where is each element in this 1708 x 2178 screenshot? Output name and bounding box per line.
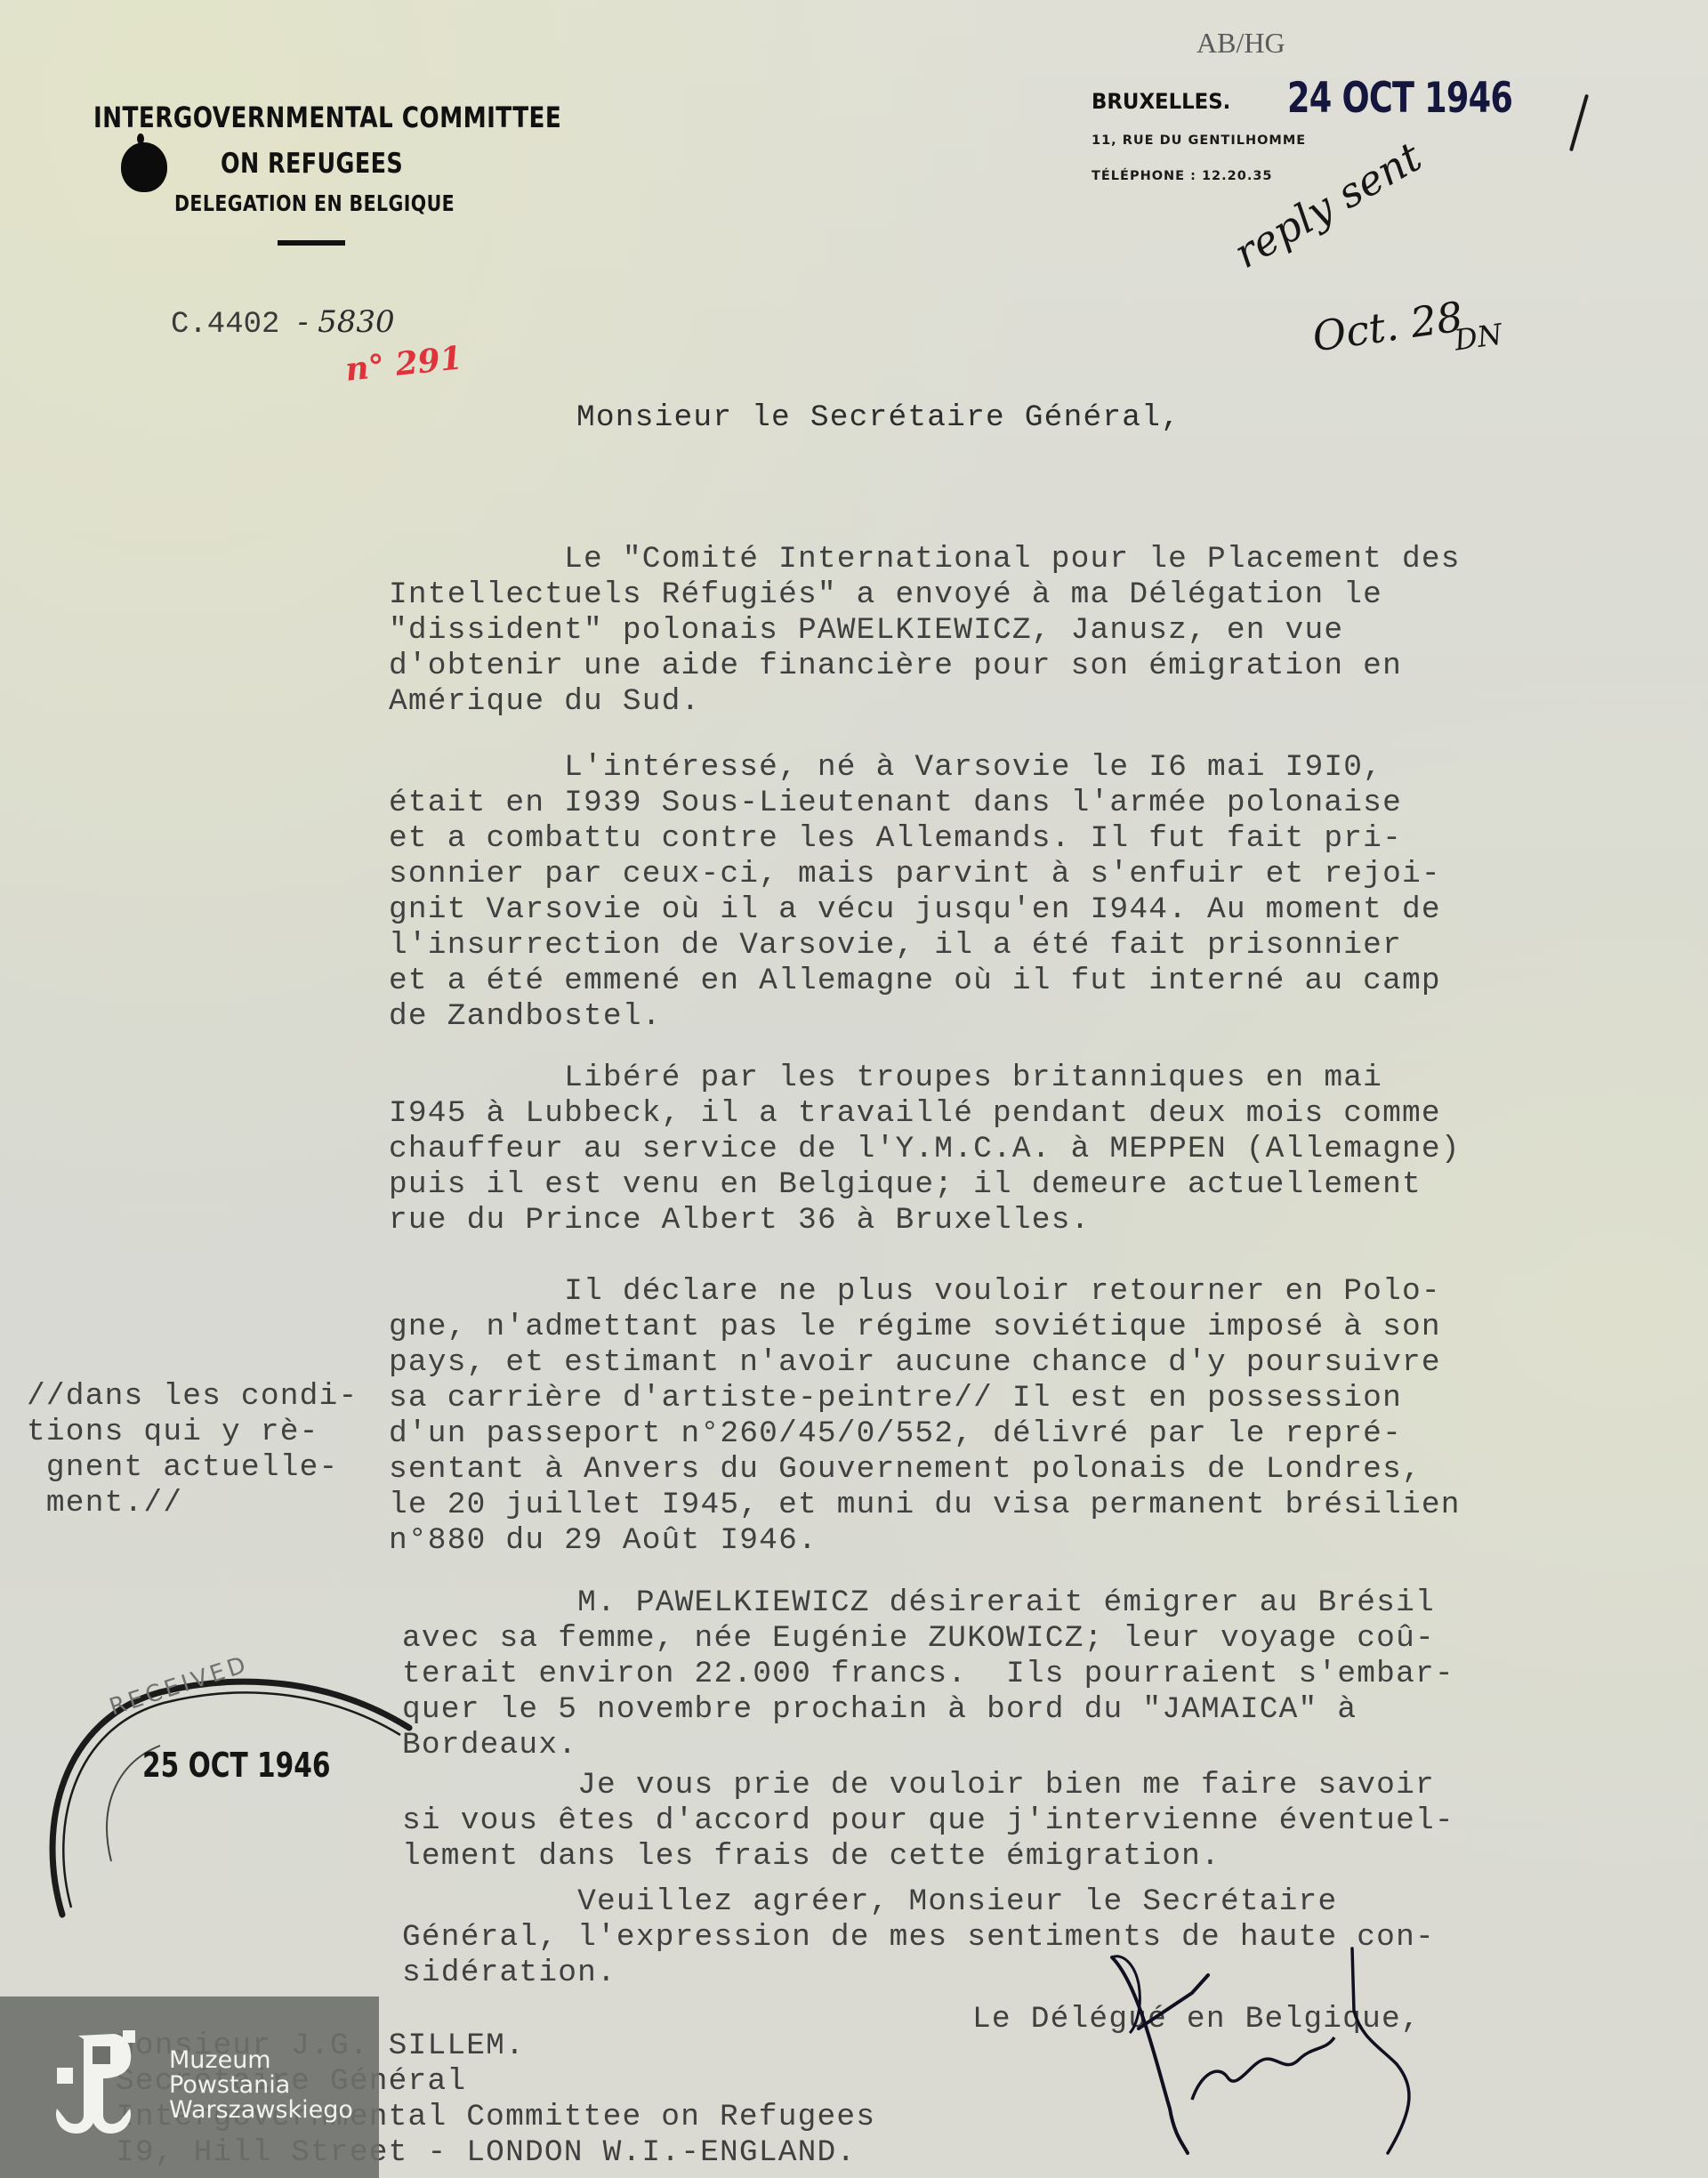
reference-number: C.4402 - 5830 [171, 304, 395, 342]
handwritten-reply-date: Oct. 28 [1309, 292, 1466, 360]
paragraph-2: L'intéressé, né à Varsovie le I6 mai I9I… [389, 750, 1441, 1035]
margin-note: //dans les condi- tions qui y rè- gnent … [27, 1379, 358, 1521]
letterhead-address: 11, RUE DU GENTILHOMME [1092, 133, 1306, 148]
paragraph-3: Libéré par les troupes britanniques en m… [389, 1061, 1461, 1238]
handwritten-reply-note: reply sent [1226, 133, 1430, 278]
paragraph-4: Il déclare ne plus vouloir retourner en … [389, 1274, 1461, 1559]
org-name-line1: INTERGOVERNMENTAL COMMITTEE [93, 101, 561, 134]
org-delegation: DELEGATION EN BELGIQUE [174, 190, 455, 216]
org-name-line2: ON REFUGEES [221, 148, 403, 180]
polska-walczaca-anchor-icon [52, 2030, 136, 2135]
paragraph-6: Je vous prie de vouloir bien me faire sa… [402, 1768, 1454, 1875]
paragraph-1: Le "Comité International pour le Placeme… [389, 542, 1461, 720]
date-stamp: 24 OCT 1946 [1287, 74, 1512, 123]
reference-typed: C.4402 [171, 308, 279, 342]
received-stamp-ring [44, 1648, 436, 1968]
letterhead-telephone: TÉLÉPHONE : 12.20.35 [1092, 169, 1273, 183]
salutation: Monsieur le Secrétaire Général, [576, 400, 1180, 436]
paragraph-5: M. PAWELKIEWICZ désirerait émigrer au Br… [402, 1585, 1454, 1763]
reference-handwritten: - 5830 [298, 304, 395, 340]
typist-initials: AB/HG [1196, 27, 1285, 60]
letterhead-city: BRUXELLES. [1092, 89, 1230, 114]
signature [1085, 1931, 1548, 2162]
pen-mark [1569, 94, 1589, 152]
handwritten-initials: DN [1453, 317, 1504, 357]
reference-red-number: n° 291 [343, 339, 464, 389]
museum-name: Muzeum Powstania Warszawskiego [169, 2048, 353, 2123]
received-stamp-date: 25 OCT 1946 [142, 1746, 331, 1785]
committee-emblem-icon [121, 142, 167, 192]
letterhead-divider [278, 240, 345, 246]
